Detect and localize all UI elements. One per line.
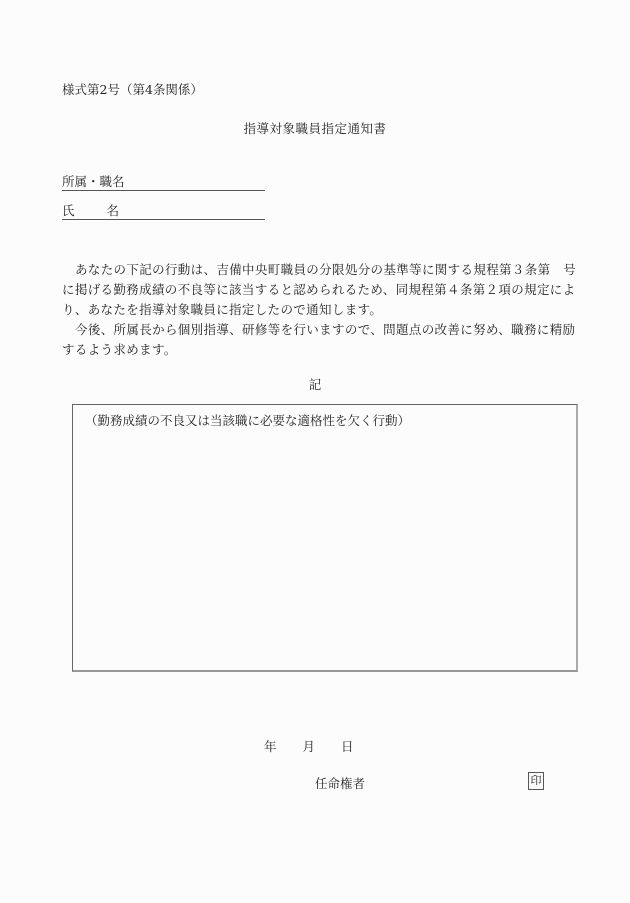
name-label-second: 名	[107, 203, 120, 218]
behavior-description-box[interactable]: （勤務成績の不良又は当該職に必要な適格性を欠く行動）	[72, 404, 578, 672]
appointing-authority-label: 任命権者	[315, 774, 365, 792]
body-paragraph-2: 今後、所属長から個別指導、研修等を行いますので、問題点の改善に努め、職務に精励す…	[62, 320, 582, 360]
name-label-first: 氏	[62, 203, 75, 218]
month-label: 月	[303, 737, 316, 755]
seal-mark: 印	[528, 772, 544, 790]
name-field[interactable]: 氏名	[62, 202, 265, 220]
affiliation-label: 所属・職名	[62, 174, 125, 189]
ki-heading: 記	[0, 375, 630, 393]
document-title: 指導対象職員指定通知書	[0, 119, 630, 137]
affiliation-field[interactable]: 所属・職名	[62, 173, 265, 191]
year-label: 年	[264, 737, 277, 755]
date-line: 年月日	[264, 737, 354, 755]
day-label: 日	[341, 737, 354, 755]
body-paragraph-1: あなたの下記の行動は、吉備中央町職員の分限処分の基準等に関する規程第３条第 号に…	[62, 260, 582, 320]
behavior-box-caption: （勤務成績の不良又は当該職に必要な適格性を欠く行動）	[85, 411, 410, 429]
notice-body: あなたの下記の行動は、吉備中央町職員の分限処分の基準等に関する規程第３条第 号に…	[62, 260, 582, 360]
form-number: 様式第2号（第4条関係）	[62, 80, 203, 98]
